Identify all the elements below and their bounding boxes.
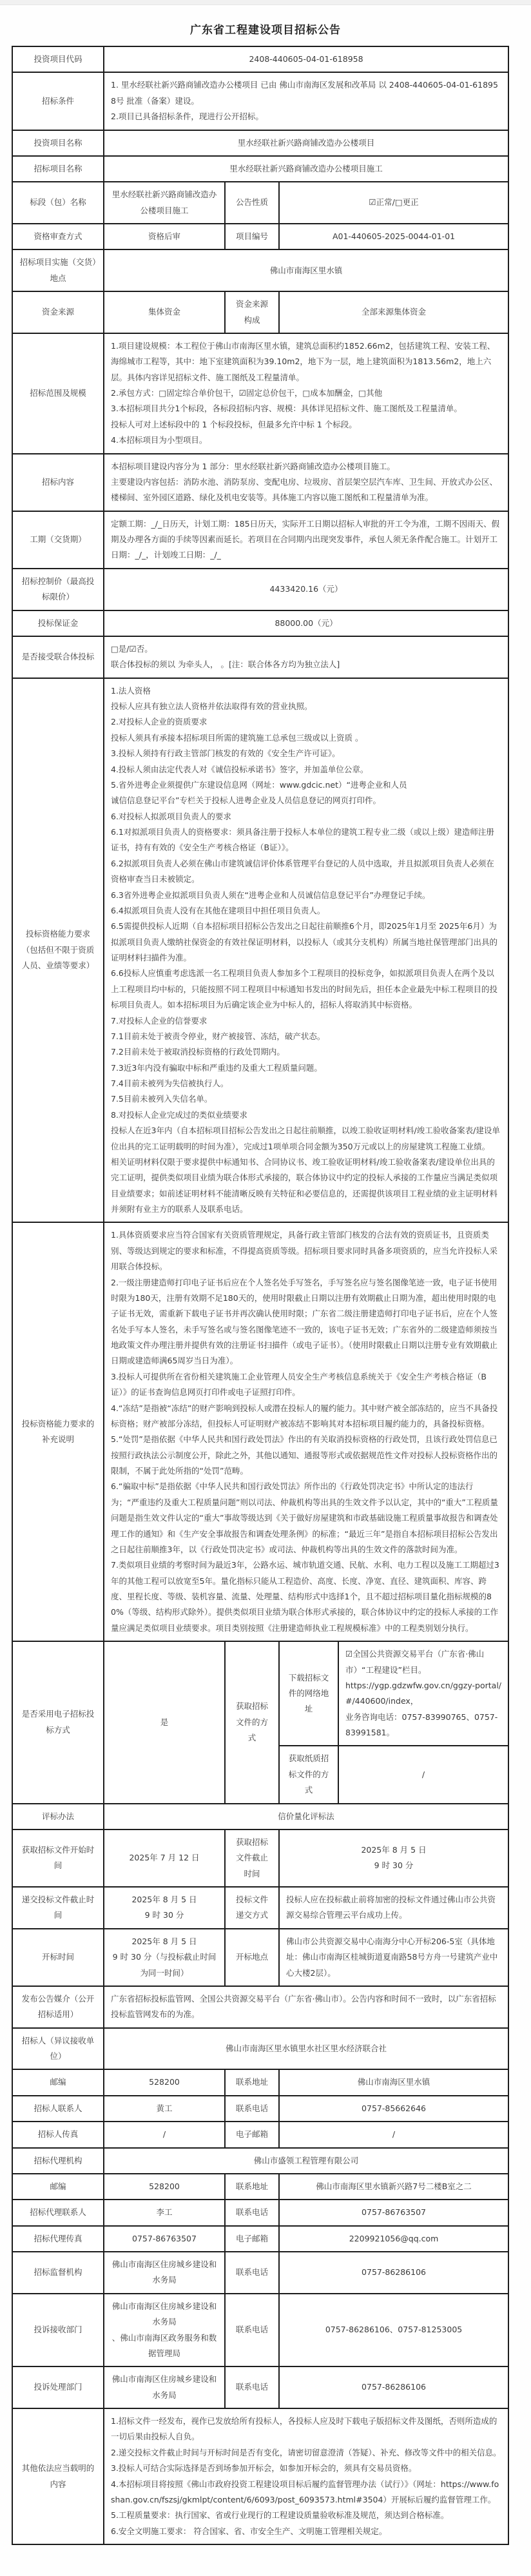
table-row: 开标时间2025年 8 月 5 日 9 时 30 分（与投标截止时间为同一时间）… xyxy=(12,1929,508,1986)
cell-value: 0757-86763507 xyxy=(279,2200,508,2225)
row-label: 招标人（异议接收单位） xyxy=(12,2028,104,2070)
row-label: 招标人传真 xyxy=(12,2122,104,2147)
row-label: 公告性质 xyxy=(225,182,279,224)
row-label: 工期（交货期） xyxy=(12,511,104,569)
cell-value: 1.项目建设规模：本工程位于佛山市南海区里水镇，建筑总面积约1852.66m2，… xyxy=(104,333,508,454)
cell-value: 4433420.16（元） xyxy=(104,569,508,610)
row-label: 联系电话 xyxy=(225,2252,279,2294)
cell-value: 0757-86286106 xyxy=(279,2252,508,2294)
row-label: 递交投标文件截止时间 xyxy=(12,1887,104,1929)
row-label: 是否采用电子招标投标方式 xyxy=(12,1641,104,1803)
cell-value: 1.具体资质要求应当符合国家有关资质管理规定，具备行政主管部门核发的合法有效的资… xyxy=(104,1222,508,1641)
tender-info-table: 投资项目代码2408-440605-04-01-618958招标条件1. 里水经… xyxy=(12,46,509,2545)
cell-value: ☑全国公共资源交易平台（广东省·佛山市）“工程建设”栏目。 https://yg… xyxy=(338,1641,508,1746)
cell-value: 佛山市南海区住房城乡建设和水务局 、佛山市南海区政务服务和数据管理局 xyxy=(104,2294,225,2367)
cell-value: 佛山市公共资源交易中心南海分中心开标206-5室（具体地址：佛山市南海区桂城街道… xyxy=(279,1929,508,1986)
table-row: 招标条件1. 里水经联社新兴路商铺改造办公楼项目 已由 佛山市南海区发展和改革局… xyxy=(12,72,508,130)
cell-value: 佛山市南海区住房城乡建设和水务局 xyxy=(104,2252,225,2294)
table-row: 投标资格能力要求的补充说明1.具体资质要求应当符合国家有关资质管理规定，具备行政… xyxy=(12,1222,508,1641)
cell-value: 广东省招标投标监管网、全国公共资源交易平台（广东省·佛山市）。公告内容和时间不一… xyxy=(104,1986,508,2028)
row-label: 投标资格能力要求（包括但不限于资质人员、业绩等要求） xyxy=(12,678,104,1223)
page-top-strip xyxy=(0,0,531,5)
row-label: 联系电话 xyxy=(225,2200,279,2225)
cell-value: 黄工 xyxy=(104,2096,225,2122)
table-row: 投诉接收部门佛山市南海区住房城乡建设和水务局 、佛山市南海区政务服务和数据管理局… xyxy=(12,2294,508,2367)
table-row: 招标代理联系人李工联系电话0757-86763507 xyxy=(12,2200,508,2225)
row-label: 下载招标文件的网络地址 xyxy=(279,1641,338,1746)
row-label: 投资项目代码 xyxy=(12,46,104,72)
cell-value: 是 xyxy=(104,1641,225,1803)
cell-value: □是/☑否。 联合体投标的须以 为牵头人， 。[注：联合体各方均为独立法人] xyxy=(104,636,508,678)
cell-value: 佛山市南海区里水镇 xyxy=(104,249,508,291)
row-label: 项目编号 xyxy=(225,224,279,249)
cell-value: 1. 里水经联社新兴路商铺改造办公楼项目 已由 佛山市南海区发展和改革局 以 2… xyxy=(104,72,508,130)
cell-value: 2025年 7 月 12 日 xyxy=(104,1830,225,1887)
row-label: 获取招标文件截止时间 xyxy=(225,1830,279,1887)
row-label: 联系电话 xyxy=(225,2366,279,2408)
row-label: 招标代理传真 xyxy=(12,2226,104,2252)
row-label: 联系电话 xyxy=(225,2096,279,2122)
table-row: 投诉处理部门佛山市南海区住房城乡建设和水务局联系电话0757-86286106 xyxy=(12,2366,508,2408)
table-row: 招标监督机构佛山市南海区住房城乡建设和水务局联系电话0757-86286106 xyxy=(12,2252,508,2294)
tender-announcement-page: 广东省工程建设项目招标公告 投资项目代码2408-440605-04-01-61… xyxy=(0,5,531,2576)
row-label: 投资项目名称 xyxy=(12,130,104,156)
cell-value: 资格后审 xyxy=(104,224,225,249)
cell-value: 0757-86286106 xyxy=(279,2366,508,2408)
table-row: 招标范围及规模1.项目建设规模：本工程位于佛山市南海区里水镇，建筑总面积约185… xyxy=(12,333,508,454)
cell-value: 佛山市南海区里水镇 xyxy=(279,2069,508,2095)
cell-value: 信价量化评标法 xyxy=(104,1804,508,1830)
cell-value: 里水经联社新兴路商铺改造办公楼项目施工 xyxy=(104,182,225,224)
cell-value: 佛山市盛领工程管理有限公司 xyxy=(104,2148,508,2174)
table-row: 招标项目名称里水经联社新兴路商铺改造办公楼项目施工 xyxy=(12,156,508,182)
table-row: 发布公告媒介（公开招标适用）广东省招标投标监管网、全国公共资源交易平台（广东省·… xyxy=(12,1986,508,2028)
table-row: 递交投标文件截止时间2025年 8 月 5 日 9 时 30 分投标文件递交方式… xyxy=(12,1887,508,1929)
row-label: 资格审查方式 xyxy=(12,224,104,249)
table-row: 投资项目名称里水经联社新兴路商铺改造办公楼项目 xyxy=(12,130,508,156)
row-label: 联系地址 xyxy=(225,2069,279,2095)
cell-value: 里水经联社新兴路商铺改造办公楼项目 xyxy=(104,130,508,156)
cell-value: 佛山市南海区里水镇里水社区里水经济联合社 xyxy=(104,2028,508,2070)
cell-value: 2408-440605-04-01-618958 xyxy=(104,46,508,72)
cell-value: 528200 xyxy=(104,2069,225,2095)
row-label: 投诉处理部门 xyxy=(12,2366,104,2408)
row-label: 电子邮箱 xyxy=(225,2226,279,2252)
table-row: 投标资格能力要求（包括但不限于资质人员、业绩等要求）1.法人资格 投标人应具有独… xyxy=(12,678,508,1223)
cell-value: / xyxy=(338,1746,508,1803)
row-label: 获取招标文件的方式 xyxy=(225,1641,279,1803)
cell-value: 0757-85662646 xyxy=(279,2096,508,2122)
table-row: 评标办法信价量化评标法 xyxy=(12,1804,508,1830)
table-row: 招标代理传真0757-86763507电子邮箱2209921056@qq.com xyxy=(12,2226,508,2252)
row-label: 招标项目实施（交货）地点 xyxy=(12,249,104,291)
table-row: 资格审查方式资格后审项目编号A01-440605-2025-0044-01-01 xyxy=(12,224,508,249)
tender-table-body: 投资项目代码2408-440605-04-01-618958招标条件1. 里水经… xyxy=(12,46,508,2544)
row-label: 投诉接收部门 xyxy=(12,2294,104,2367)
row-label: 联系地址 xyxy=(225,2174,279,2200)
row-label: 招标人联系人 xyxy=(12,2096,104,2122)
cell-value: 投标人应在投标截止前将加密的投标文件通过佛山市公共资源交易综合管理云平台成功上传… xyxy=(279,1887,508,1929)
row-label: 招标项目名称 xyxy=(12,156,104,182)
cell-value: / xyxy=(279,2122,508,2147)
table-row: 资金来源集体资金资金来源构成全部来源集体资金 xyxy=(12,291,508,333)
table-row: 获取招标文件开始时间2025年 7 月 12 日获取招标文件截止时间2025年 … xyxy=(12,1830,508,1887)
table-row: 是否采用电子招标投标方式是获取招标文件的方式下载招标文件的网络地址☑全国公共资源… xyxy=(12,1641,508,1746)
table-row: 招标人联系人黄工联系电话0757-85662646 xyxy=(12,2096,508,2122)
cell-value: 佛山市南海区住房城乡建设和水务局 xyxy=(104,2366,225,2408)
cell-value: 2209921056@qq.com xyxy=(279,2226,508,2252)
row-label: 招标监督机构 xyxy=(12,2252,104,2294)
cell-value: / xyxy=(104,2122,225,2147)
row-label: 标段（包）名称 xyxy=(12,182,104,224)
cell-value: ☑正常/□更正 xyxy=(279,182,508,224)
row-label: 投标保证金 xyxy=(12,610,104,636)
cell-value: 88000.00（元） xyxy=(104,610,508,636)
cell-value: 2025年 8 月 5 日 9 时 30 分（与投标截止时间为同一时间） xyxy=(104,1929,225,1986)
cell-value: 2025年 8 月 5 日 9 时 30 分 xyxy=(104,1887,225,1929)
table-row: 招标代理机构佛山市盛领工程管理有限公司 xyxy=(12,2148,508,2174)
cell-value: 李工 xyxy=(104,2200,225,2225)
table-row: 投标保证金88000.00（元） xyxy=(12,610,508,636)
row-label: 招标内容 xyxy=(12,454,104,511)
table-row: 邮编528200联系地址佛山市南海区里水镇新兴路7号二楼B室之二 xyxy=(12,2174,508,2200)
cell-value: 全部来源集体资金 xyxy=(279,291,508,333)
row-label: 招标代理机构 xyxy=(12,2148,104,2174)
table-row: 投资项目代码2408-440605-04-01-618958 xyxy=(12,46,508,72)
row-label: 获取招标文件开始时间 xyxy=(12,1830,104,1887)
table-row: 招标人（异议接收单位）佛山市南海区里水镇里水社区里水经济联合社 xyxy=(12,2028,508,2070)
row-label: 发布公告媒介（公开招标适用） xyxy=(12,1986,104,2028)
table-row: 标段（包）名称里水经联社新兴路商铺改造办公楼项目施工公告性质☑正常/□更正 xyxy=(12,182,508,224)
table-row: 招标内容本招标项目建设内容分为 1 部分：里水经联社新兴路商铺改造办公楼项目施工… xyxy=(12,454,508,511)
table-row: 招标人传真/电子邮箱/ xyxy=(12,2122,508,2147)
row-label: 邮编 xyxy=(12,2069,104,2095)
cell-value: 定额工期：_/_日历天，计划工期：185日历天，实际开工日期以招标人审批的开工令… xyxy=(104,511,508,569)
cell-value: 0757-86763507 xyxy=(104,2226,225,2252)
page-title: 广东省工程建设项目招标公告 xyxy=(0,5,531,46)
cell-value: 1.法人资格 投标人应具有独立法人资格并依法取得有效的营业执照。 2.对投标人企… xyxy=(104,678,508,1223)
row-label: 联系电话 xyxy=(225,2294,279,2367)
table-row: 工期（交货期）定额工期：_/_日历天，计划工期：185日历天，实际开工日期以招标… xyxy=(12,511,508,569)
row-label: 投标文件递交方式 xyxy=(225,1887,279,1929)
row-label: 资金来源构成 xyxy=(225,291,279,333)
row-label: 招标条件 xyxy=(12,72,104,130)
row-label: 评标办法 xyxy=(12,1804,104,1830)
row-label: 开标时间 xyxy=(12,1929,104,1986)
row-label: 电子邮箱 xyxy=(225,2122,279,2147)
row-label: 投标资格能力要求的补充说明 xyxy=(12,1222,104,1641)
table-row: 是否接受联合体投标□是/☑否。 联合体投标的须以 为牵头人， 。[注：联合体各方… xyxy=(12,636,508,678)
table-row: 其他依法应当载明的内容1.招标文件一经发布，视作已发放给所有投标人，各投标人应及… xyxy=(12,2408,508,2544)
table-row: 邮编528200联系地址佛山市南海区里水镇 xyxy=(12,2069,508,2095)
cell-value: 佛山市南海区里水镇新兴路7号二楼B室之二 xyxy=(279,2174,508,2200)
cell-value: 集体资金 xyxy=(104,291,225,333)
cell-value: 本招标项目建设内容分为 1 部分：里水经联社新兴路商铺改造办公楼项目施工。 主要… xyxy=(104,454,508,511)
row-label: 招标代理联系人 xyxy=(12,2200,104,2225)
cell-value: 528200 xyxy=(104,2174,225,2200)
row-label: 邮编 xyxy=(12,2174,104,2200)
cell-value: 2025年 8 月 5 日 9 时 30 分 xyxy=(279,1830,508,1887)
cell-value: 0757-86286106、0757-81253005 xyxy=(279,2294,508,2367)
row-label: 获取纸质招标文件的方式 xyxy=(279,1746,338,1803)
row-label: 开标地点 xyxy=(225,1929,279,1986)
row-label: 招标控制价（最高投标限价） xyxy=(12,569,104,610)
row-label: 是否接受联合体投标 xyxy=(12,636,104,678)
row-label: 招标范围及规模 xyxy=(12,333,104,454)
table-row: 招标控制价（最高投标限价）4433420.16（元） xyxy=(12,569,508,610)
row-label: 其他依法应当载明的内容 xyxy=(12,2408,104,2544)
cell-value: 里水经联社新兴路商铺改造办公楼项目施工 xyxy=(104,156,508,182)
table-row: 招标项目实施（交货）地点佛山市南海区里水镇 xyxy=(12,249,508,291)
row-label: 资金来源 xyxy=(12,291,104,333)
cell-value: A01-440605-2025-0044-01-01 xyxy=(279,224,508,249)
cell-value: 1.招标文件一经发布，视作已发放给所有投标人，各投标人应及时下载电子版招标文件及… xyxy=(104,2408,508,2544)
